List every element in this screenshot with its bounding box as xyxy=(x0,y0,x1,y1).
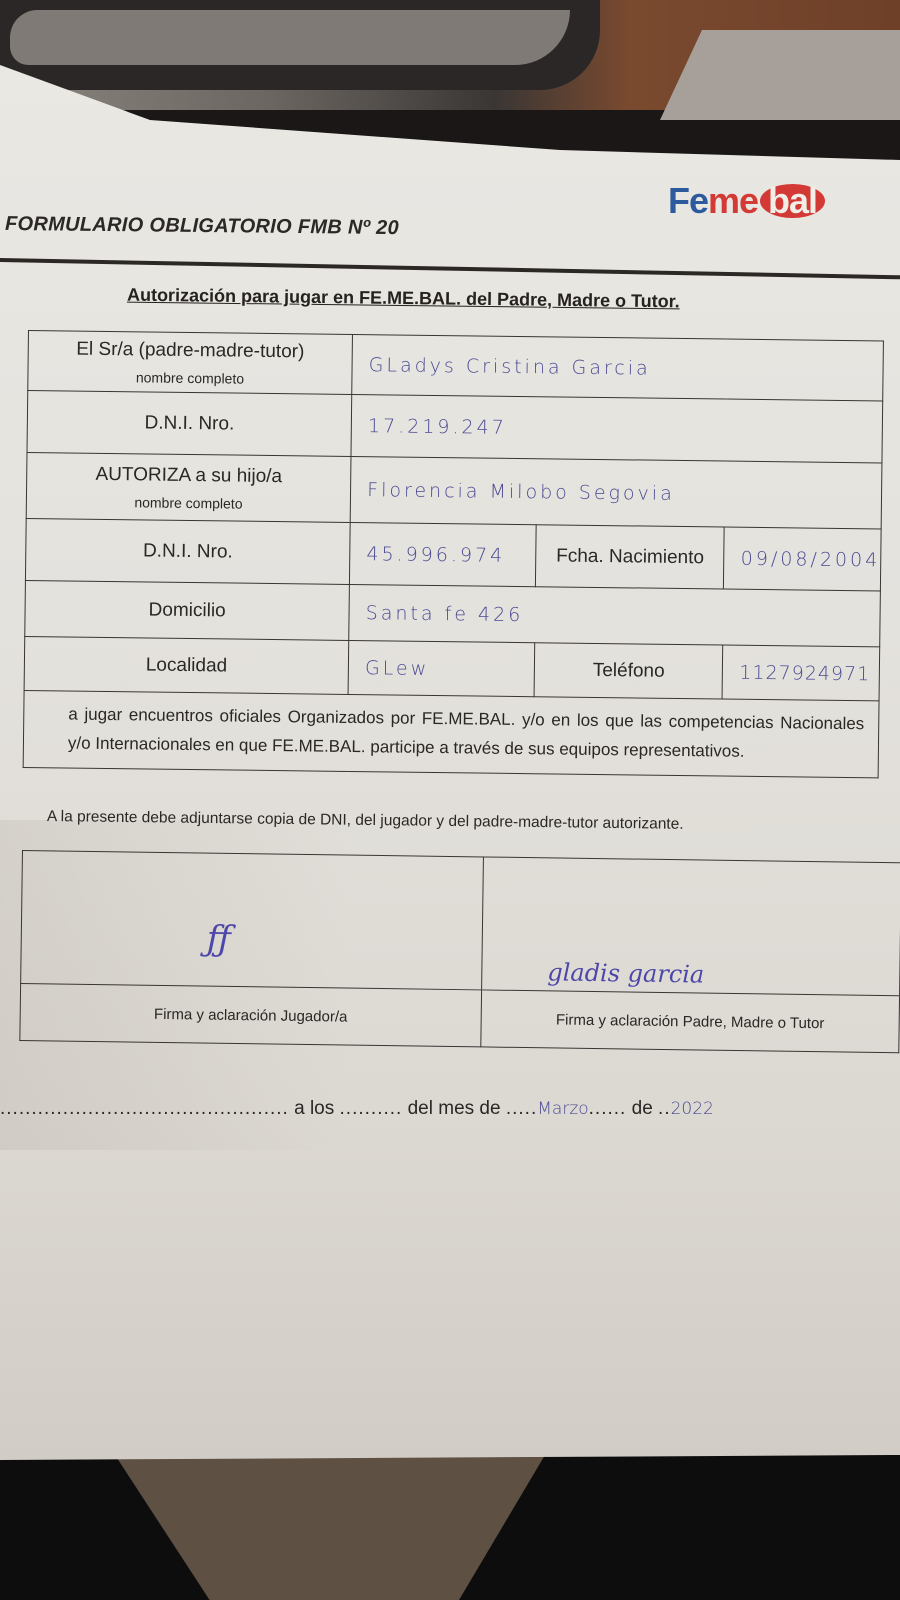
a-los-text: a los xyxy=(294,1098,334,1119)
child-name-field[interactable]: Florencia Milobo Segovia xyxy=(350,456,882,528)
birth-date-field[interactable]: 09/08/2004 xyxy=(724,527,881,591)
player-signature-box[interactable]: ƒƒ xyxy=(21,851,484,990)
child-dni-field[interactable]: 45.996.974 xyxy=(350,522,537,586)
guardian-signature: gladis garcia xyxy=(547,958,704,988)
player-signature-label: Firma y aclaración Jugador/a xyxy=(20,983,482,1046)
row-clause: a jugar encuentros oficiales Organizados… xyxy=(23,690,879,777)
row-guardian: El Sr/a (padre-madre-tutor) nombre compl… xyxy=(28,331,884,401)
year-dots: .. xyxy=(658,1098,671,1119)
del-mes-de-text: del mes de xyxy=(408,1098,501,1119)
player-signature: ƒƒ xyxy=(207,919,232,959)
form-title: FORMULARIO OBLIGATORIO FMB Nº 20 xyxy=(5,213,399,240)
month-dots-left: ..... xyxy=(506,1098,537,1119)
date-line: ........................................… xyxy=(0,1098,714,1120)
authorization-clause: a jugar encuentros oficiales Organizados… xyxy=(23,690,879,777)
child-dni-label: D.N.I. Nro. xyxy=(25,518,350,584)
address-label: Domicilio xyxy=(25,580,350,640)
row-child-dni: D.N.I. Nro. 45.996.974 Fcha. Nacimiento … xyxy=(25,518,881,590)
guardian-label: El Sr/a (padre-madre-tutor) nombre compl… xyxy=(28,331,353,395)
address-field[interactable]: Santa fe 426 xyxy=(349,584,881,646)
child-label: AUTORIZA a su hijo/a nombre completo xyxy=(26,452,351,522)
background-fabric xyxy=(660,30,900,120)
authorization-table: El Sr/a (padre-madre-tutor) nombre compl… xyxy=(23,330,884,778)
phone-field[interactable]: 1127924971 xyxy=(723,645,880,701)
guardian-dni-field[interactable]: 17.219.247 xyxy=(351,394,883,462)
guardian-name-field[interactable]: GLadys Cristina Garcia xyxy=(352,334,884,400)
month-field[interactable]: Marzo xyxy=(537,1099,588,1119)
month-dots-right: ...... xyxy=(589,1098,627,1119)
child-sublabel: nombre completo xyxy=(27,493,350,513)
guardian-sublabel: nombre completo xyxy=(28,368,351,388)
row-address: Domicilio Santa fe 426 xyxy=(25,580,881,646)
child-label-text: AUTORIZA a su hijo/a xyxy=(95,463,282,486)
logo-fe: Fe xyxy=(668,180,708,222)
day-field[interactable]: .......... xyxy=(340,1098,403,1119)
city-label: Localidad xyxy=(24,636,349,694)
signature-row: ƒƒ gladis garcia xyxy=(21,851,900,996)
guardian-signature-label: Firma y aclaración Padre, Madre o Tutor xyxy=(481,990,900,1053)
logo-ball-icon: bal xyxy=(760,184,825,218)
city-field[interactable]: GLew xyxy=(348,640,535,696)
phone-label: Teléfono xyxy=(534,643,723,699)
logo-me: me xyxy=(708,180,758,222)
row-guardian-dni: D.N.I. Nro. 17.219.247 xyxy=(27,391,883,463)
year-field[interactable]: 2022 xyxy=(671,1099,714,1119)
birth-date-label: Fcha. Nacimiento xyxy=(536,525,725,589)
de-text: de xyxy=(632,1098,653,1119)
guardian-label-text: El Sr/a (padre-madre-tutor) xyxy=(76,338,304,362)
place-field[interactable]: ........................................… xyxy=(0,1098,289,1119)
background-chair xyxy=(0,0,600,90)
guardian-signature-box[interactable]: gladis garcia xyxy=(482,857,900,996)
guardian-dni-label: D.N.I. Nro. xyxy=(27,391,352,457)
background-chair-seat xyxy=(10,10,570,65)
signatures-table: ƒƒ gladis garcia Firma y aclaración Juga… xyxy=(19,850,900,1053)
femebal-logo: Fe me bal xyxy=(668,180,825,222)
row-child: AUTORIZA a su hijo/a nombre completo Flo… xyxy=(26,452,882,528)
